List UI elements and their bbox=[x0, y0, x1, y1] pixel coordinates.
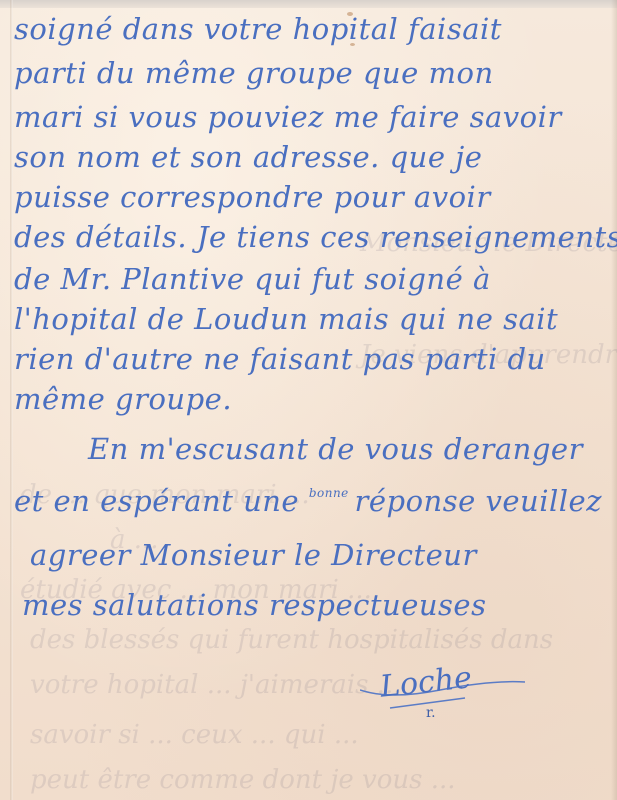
paper-top-edge bbox=[0, 0, 617, 8]
letter-line: même groupe. bbox=[14, 382, 232, 416]
closing-line-4: mes salutations respectueuses bbox=[22, 588, 486, 622]
signature-mark: r. bbox=[426, 705, 436, 721]
letter-page: Monsieur le Directeur Je viens d'apprend… bbox=[0, 0, 617, 800]
letter-line: l'hopital de Loudun mais qui ne sait bbox=[14, 302, 558, 336]
closing-line-2-start: et en espérant une bbox=[14, 484, 299, 518]
inserted-word: bonne bbox=[309, 486, 349, 500]
letter-line: parti du même groupe que mon bbox=[14, 56, 494, 90]
letter-line: puisse correspondre pour avoir bbox=[14, 180, 491, 214]
paper-right-edge bbox=[611, 0, 617, 800]
letter-line: soigné dans votre hopital faisait bbox=[14, 12, 502, 46]
closing-line-2: et en espérant une bonne réponse veuille… bbox=[14, 484, 602, 518]
closing-line-1: En m'escusant de vous deranger bbox=[88, 432, 583, 466]
closing-line-3: agreer Monsieur le Directeur bbox=[30, 538, 477, 572]
letter-line: des détails. Je tiens ces renseignements bbox=[14, 220, 617, 254]
bleed-line: des blessés qui furent hospitalisés dans bbox=[30, 625, 553, 655]
bleed-line: savoir si ... ceux ... qui ... bbox=[30, 720, 359, 750]
letter-line: son nom et son adresse. que je bbox=[14, 140, 482, 174]
bleed-line: votre hopital ... j'aimerais ... bbox=[30, 670, 402, 700]
letter-line: rien d'autre ne faisant pas parti du bbox=[14, 342, 546, 376]
letter-line: mari si vous pouviez me faire savoir bbox=[14, 100, 562, 134]
closing-line-2-end: réponse veuillez bbox=[355, 484, 602, 518]
bleed-line: peut être comme dont je vous ... bbox=[30, 765, 456, 795]
paper-fold bbox=[10, 0, 13, 800]
letter-line: de Mr. Plantive qui fut soigné à bbox=[14, 262, 491, 296]
